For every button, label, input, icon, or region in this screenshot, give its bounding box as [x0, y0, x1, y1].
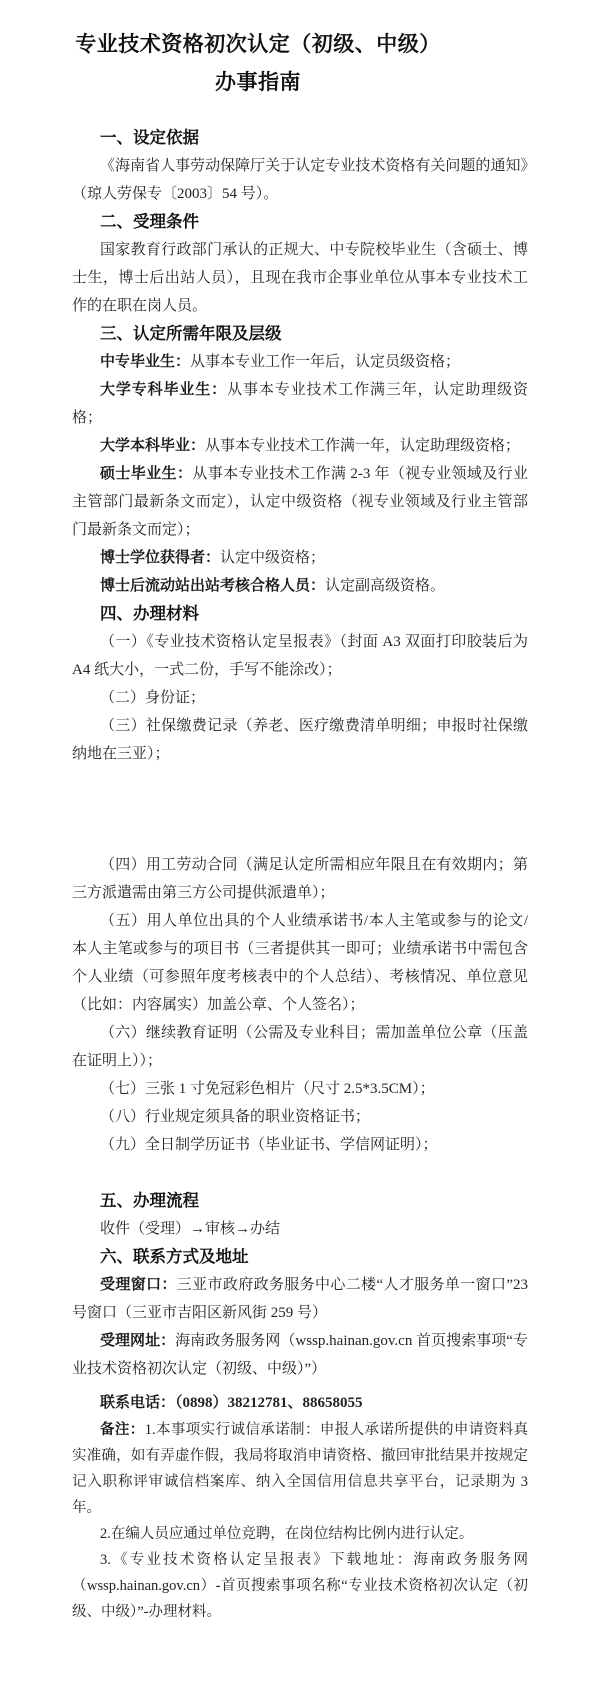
level-item-postdoc: 博士后流动站出站考核合格人员：认定副高级资格。 — [72, 572, 528, 600]
note-1: 备注：1.本事项实行诚信承诺制：申报人承诺所提供的申请资料真实准确，如有弄虚作假… — [72, 1417, 528, 1521]
note-1-label: 备注： — [100, 1422, 145, 1438]
level-item-doctor: 博士学位获得者：认定中级资格； — [72, 544, 528, 572]
material-item-8: （八）行业规定须具备的职业资格证书； — [72, 1103, 528, 1131]
process-flow-steps: 收件（受理）→审核→办结 — [72, 1215, 528, 1243]
material-item-7: （七）三张 1 寸免冠彩色相片（尺寸 2.5*3.5CM）； — [72, 1075, 528, 1103]
section-heading-acceptance-conditions: 二、受理条件 — [72, 208, 528, 236]
level-item-bachelor: 大学本科毕业：从事本专业技术工作满一年，认定助理级资格； — [72, 432, 528, 460]
level-item-junior-college: 大学专科毕业生：从事本专业技术工作满三年，认定助理级资格； — [72, 376, 528, 432]
section-materials: 四、办理材料（一）《专业技术资格认定呈报表》（封面 A3 双面打印胶装后为 A4… — [72, 600, 528, 1159]
document-title-line2: 办事指南 — [72, 64, 444, 102]
material-item-6: （六）继续教育证明（公需及专业科目；需加盖单位公章（压盖在证明上））； — [72, 1019, 528, 1075]
contact-website-label: 受理网址： — [100, 1333, 175, 1349]
section-years-and-levels: 三、认定所需年限及层级中专毕业生：从事本专业工作一年后，认定员级资格；大学专科毕… — [72, 320, 528, 600]
section-heading-years-and-levels: 三、认定所需年限及层级 — [72, 320, 528, 348]
level-item-technical-school: 中专毕业生：从事本专业工作一年后，认定员级资格； — [72, 348, 528, 376]
contact-phone-label: 联系电话： — [100, 1395, 175, 1411]
contact-window: 受理窗口：三亚市政府政务服务中心二楼“人才服务单一窗口”23 号窗口（三亚市吉阳… — [72, 1271, 528, 1327]
section-heading-contact: 六、联系方式及地址 — [72, 1243, 528, 1271]
document-body: 一、设定依据《海南省人事劳动保障厅关于认定专业技术资格有关问题的通知》（琼人劳保… — [72, 124, 528, 1625]
level-item-postdoc-label: 博士后流动站出站考核合格人员： — [100, 578, 325, 594]
material-item-3: （三）社保缴费记录（养老、医疗缴费清单明细；申报时社保缴纳地在三亚）； — [72, 712, 528, 768]
contact-window-label: 受理窗口： — [100, 1277, 177, 1293]
material-item-5: （五）用人单位出具的个人业绩承诺书/本人主笔或参与的论文/本人主笔或参与的项目书… — [72, 907, 528, 1019]
section-heading-materials: 四、办理材料 — [72, 600, 528, 628]
section-basis: 一、设定依据《海南省人事劳动保障厅关于认定专业技术资格有关问题的通知》（琼人劳保… — [72, 124, 528, 208]
level-item-master-label: 硕士毕业生： — [100, 466, 192, 482]
note-2: 2.在编人员应通过单位竞聘，在岗位结构比例内进行认定。 — [72, 1521, 528, 1547]
basis-paragraph: 《海南省人事劳动保障厅关于认定专业技术资格有关问题的通知》（琼人劳保专〔2003… — [72, 152, 528, 208]
conditions-paragraph: 国家教育行政部门承认的正规大、中专院校毕业生（含硕士、博士生，博士后出站人员），… — [72, 236, 528, 320]
material-item-4: （四）用工劳动合同（满足认定所需相应年限且在有效期内；第三方派遣需由第三方公司提… — [72, 851, 528, 907]
material-item-1: （一）《专业技术资格认定呈报表》（封面 A3 双面打印胶装后为 A4 纸大小，一… — [72, 628, 528, 684]
level-item-junior-college-label: 大学专科毕业生： — [100, 382, 227, 398]
section-contact: 六、联系方式及地址受理窗口：三亚市政府政务服务中心二楼“人才服务单一窗口”23 … — [72, 1243, 528, 1625]
note-3: 3.《专业技术资格认定呈报表》下载地址：海南政务服务网（wssp.hainan.… — [72, 1547, 528, 1625]
section-acceptance-conditions: 二、受理条件国家教育行政部门承认的正规大、中专院校毕业生（含硕士、博士生，博士后… — [72, 208, 528, 320]
document-page: 专业技术资格初次认定（初级、中级） 办事指南 一、设定依据《海南省人事劳动保障厅… — [0, 0, 600, 1696]
material-item-2: （二）身份证； — [72, 684, 528, 712]
section-heading-basis: 一、设定依据 — [72, 124, 528, 152]
level-item-master: 硕士毕业生：从事本专业技术工作满 2-3 年（视专业领域及行业主管部门最新条文而… — [72, 460, 528, 544]
contact-phone: 联系电话：（0898）38212781、88658055 — [72, 1389, 528, 1417]
section-heading-process: 五、办理流程 — [72, 1187, 528, 1215]
section-process: 五、办理流程收件（受理）→审核→办结 — [72, 1187, 528, 1243]
level-item-doctor-label: 博士学位获得者： — [100, 550, 220, 566]
level-item-bachelor-label: 大学本科毕业： — [100, 438, 205, 454]
document-title-line1: 专业技术资格初次认定（初级、中级） — [72, 26, 444, 64]
level-item-technical-school-label: 中专毕业生： — [100, 354, 190, 370]
material-item-9: （九）全日制学历证书（毕业证书、学信网证明）； — [72, 1131, 528, 1159]
document-title-block: 专业技术资格初次认定（初级、中级） 办事指南 — [72, 26, 444, 102]
contact-website: 受理网址：海南政务服务网（wssp.hainan.gov.cn 首页搜索事项“专… — [72, 1327, 528, 1383]
